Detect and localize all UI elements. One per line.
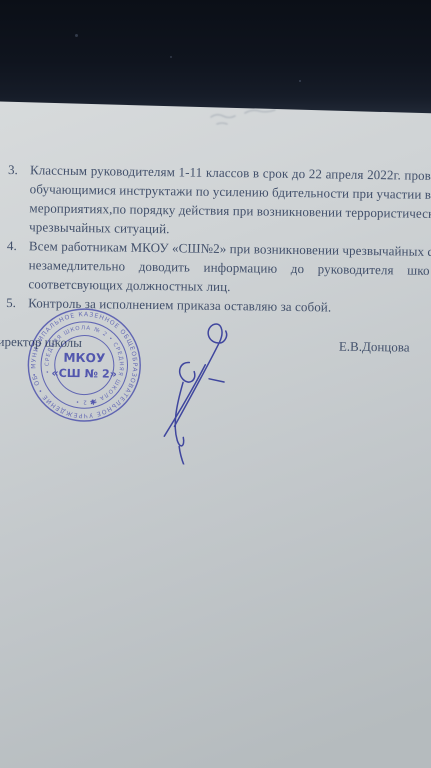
dust-speck: [170, 56, 172, 58]
handwritten-signature: [146, 304, 258, 466]
list-item-4: 4. Всем работникам МКОУ «СШ№2» при возни…: [6, 236, 430, 299]
stamp-center-line2: «СШ № 2»: [51, 367, 117, 381]
dust-speck: [299, 80, 301, 82]
dust-speck: [75, 34, 78, 37]
item-number: 3.: [8, 160, 18, 179]
tabletop-background: [0, 0, 431, 118]
document-photo: 3. Классным руководителям 1-11 классов в…: [0, 0, 431, 768]
item-number: 4.: [7, 236, 17, 255]
stamp-center-line1: МКОУ: [63, 351, 106, 366]
list-item-3: 3. Классным руководителям 1-11 классов в…: [7, 160, 431, 242]
item-number: 5.: [6, 293, 16, 312]
signer-name: Е.В.Донцова: [315, 338, 409, 355]
paper-content: 3. Классным руководителям 1-11 классов в…: [0, 0, 431, 768]
order-list: 3. Классным руководителям 1-11 классов в…: [6, 160, 431, 318]
